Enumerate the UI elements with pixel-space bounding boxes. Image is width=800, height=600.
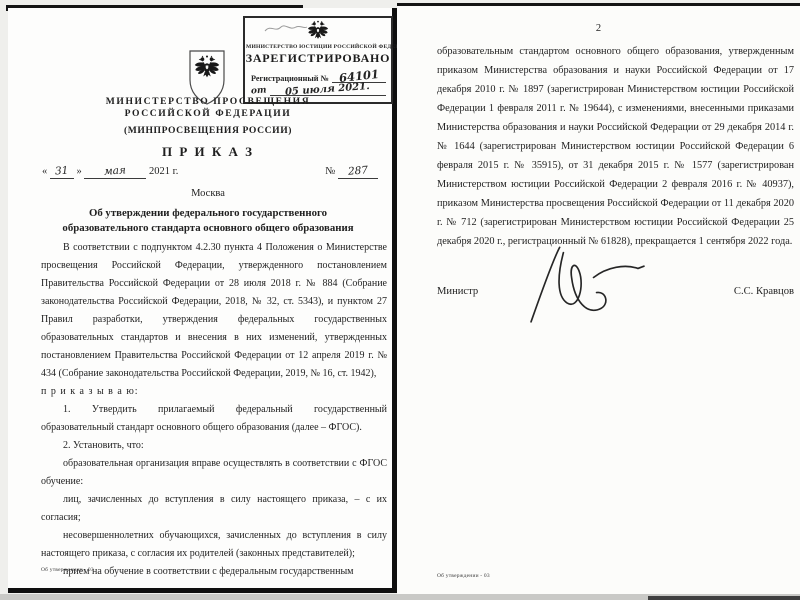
day-handwritten: 31 bbox=[55, 166, 69, 177]
paragraph: В соответствии с подпунктом 4.2.30 пункт… bbox=[41, 239, 387, 383]
page1-body: В соответствии с подпунктом 4.2.30 пункт… bbox=[41, 239, 387, 581]
paragraph: 2. Установить, что: bbox=[41, 437, 387, 455]
title-line1: Об утверждении федерального государствен… bbox=[28, 206, 388, 221]
page-2: 2 образовательным стандартом основного о… bbox=[397, 3, 800, 595]
paragraph-continuation: образовательным стандартом основного общ… bbox=[437, 42, 794, 251]
stamp-scribble-icon bbox=[263, 22, 309, 35]
number-sign: № bbox=[325, 166, 335, 177]
document-type-title: П Р И К А З bbox=[28, 144, 388, 160]
stamp-regnumber-label: Регистрационный № bbox=[251, 74, 329, 83]
quote-close: » bbox=[77, 166, 82, 177]
minister-signature-icon bbox=[522, 239, 650, 331]
footer-code: Об утверждении - 03 bbox=[41, 567, 94, 573]
justice-ministry-stamp: МИНИСТЕРСТВО ЮСТИЦИИ РОССИЙСКОЙ ФЕДЕРАЦИ… bbox=[243, 16, 393, 104]
ministry-name-line2: РОССИЙСКОЙ ФЕДЕРАЦИИ bbox=[28, 108, 388, 120]
paragraph: несовершеннолетних обучающихся, зачислен… bbox=[41, 527, 387, 563]
quote-open: « bbox=[42, 166, 47, 177]
stamp-ministry-line: МИНИСТЕРСТВО ЮСТИЦИИ РОССИЙСКОЙ ФЕДЕРАЦИ… bbox=[246, 44, 390, 50]
scanned-document: МИНИСТЕРСТВО ЮСТИЦИИ РОССИЙСКОЙ ФЕДЕРАЦИ… bbox=[0, 0, 800, 600]
paragraph: образовательная организация вправе осуще… bbox=[41, 455, 387, 491]
page-number: 2 bbox=[397, 23, 800, 34]
city-label: Москва bbox=[28, 188, 388, 199]
paragraph: лиц, зачисленных до вступления в силу на… bbox=[41, 491, 387, 527]
stamp-date-row: от 05 июля 2021. bbox=[251, 85, 386, 96]
footer-code: Об утверждении - 03 bbox=[437, 573, 490, 579]
stamp-eagle-icon bbox=[306, 19, 330, 43]
document-title: Об утверждении федерального государствен… bbox=[28, 206, 388, 236]
signature-row: Министр С.С. Кравцов bbox=[437, 286, 794, 297]
year-label: 2021 г. bbox=[149, 166, 178, 177]
ministry-header: МИНИСТЕРСТВО ПРОСВЕЩЕНИЯ РОССИЙСКОЙ ФЕДЕ… bbox=[28, 96, 388, 137]
scan-shadow-bottom-right bbox=[648, 596, 800, 600]
minister-name: С.С. Кравцов bbox=[734, 286, 794, 297]
paragraph: 1. Утвердить прилагаемый федеральный гос… bbox=[41, 401, 387, 437]
page-1: МИНИСТЕРСТВО ЮСТИЦИИ РОССИЙСКОЙ ФЕДЕРАЦИ… bbox=[8, 8, 397, 593]
date-number-row: « 31 » мая 2021 г. № 287 bbox=[42, 166, 378, 179]
ministry-name-line1: МИНИСТЕРСТВО ПРОСВЕЩЕНИЯ bbox=[28, 96, 388, 108]
number-handwritten: 287 bbox=[348, 165, 369, 177]
minister-label: Министр bbox=[437, 286, 478, 297]
title-line2: образовательного стандарта основного общ… bbox=[28, 221, 388, 236]
stamp-registered-label: ЗАРЕГИСТРИРОВАНО bbox=[245, 51, 391, 66]
month-handwritten: мая bbox=[104, 165, 127, 177]
document-date: « 31 » мая 2021 г. bbox=[42, 166, 178, 179]
stamp-date-prefix: от bbox=[251, 85, 267, 96]
prikazyvayu-line: п р и к а з ы в а ю: bbox=[41, 383, 387, 401]
ministry-short-name: (МИНПРОСВЕЩЕНИЯ РОССИИ) bbox=[28, 125, 388, 137]
document-number: № 287 bbox=[325, 166, 378, 179]
